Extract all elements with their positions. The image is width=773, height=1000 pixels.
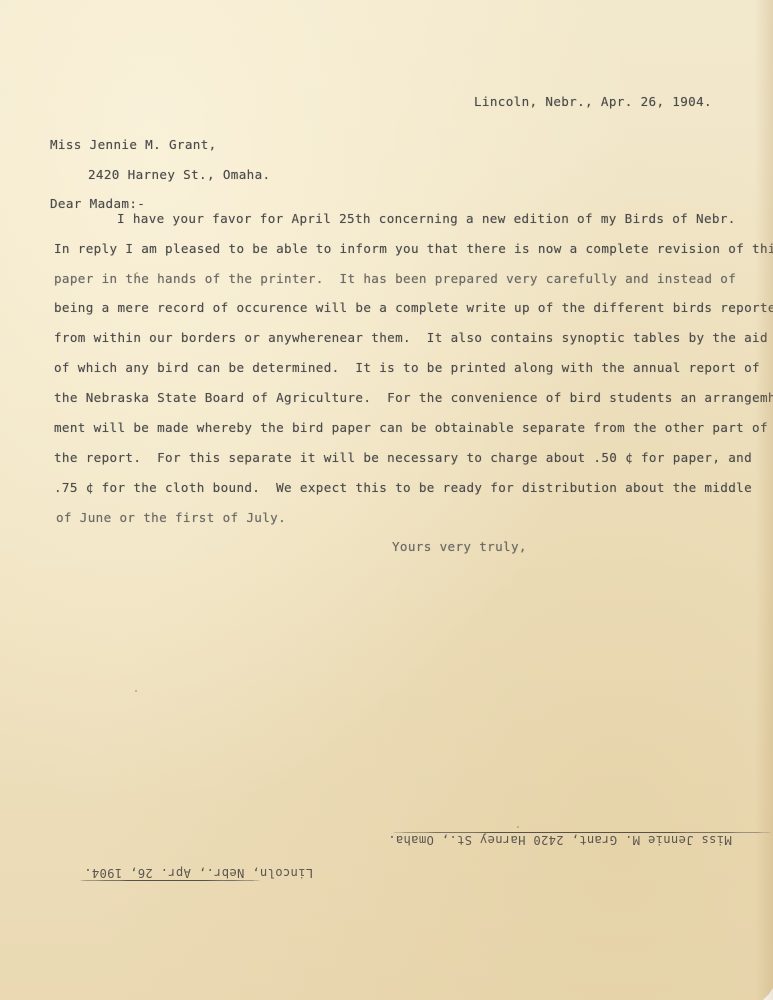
body-line-5: from within our borders or anywherenear … xyxy=(54,330,768,345)
body-line-1: I have your favor for April 25th concern… xyxy=(117,211,736,226)
offset-dateline-impression: Lincoln, Nebr., Apr. 26, 1904. xyxy=(84,866,313,880)
body-line-11: of June or the first of July. xyxy=(56,510,286,525)
letter-page: Lincoln, Nebr., Apr. 26, 1904. Miss Jenn… xyxy=(0,0,773,1000)
paper-speck xyxy=(136,272,138,274)
offset-recipient-impression: Miss Jennie M. Grant, 2420 Harney St., O… xyxy=(388,833,732,847)
paper-corner-tear xyxy=(763,988,773,1000)
body-line-2: In reply I am pleased to be able to info… xyxy=(54,241,773,256)
body-line-3: paper in the hands of the printer. It ha… xyxy=(54,271,736,286)
body-line-8: ment will be made whereby the bird paper… xyxy=(54,420,768,435)
closing: Yours very truly, xyxy=(392,539,527,554)
offset-strike-line-2 xyxy=(80,880,260,881)
paper-speck xyxy=(135,690,137,692)
recipient-address: 2420 Harney St., Omaha. xyxy=(88,167,270,182)
salutation: Dear Madam:- xyxy=(50,196,145,211)
body-line-6: of which any bird can be determined. It … xyxy=(54,360,760,375)
body-line-9: the report. For this separate it will be… xyxy=(54,450,752,465)
recipient-name: Miss Jennie M. Grant, xyxy=(50,137,217,152)
body-line-4: being a mere record of occurence will be… xyxy=(54,300,773,315)
offset-strike-line xyxy=(392,832,772,833)
body-line-10: .75 ¢ for the cloth bound. We expect thi… xyxy=(54,480,752,495)
dateline: Lincoln, Nebr., Apr. 26, 1904. xyxy=(474,94,712,109)
body-line-7: the Nebraska State Board of Agriculture.… xyxy=(54,390,773,405)
paper-speck xyxy=(517,826,519,828)
